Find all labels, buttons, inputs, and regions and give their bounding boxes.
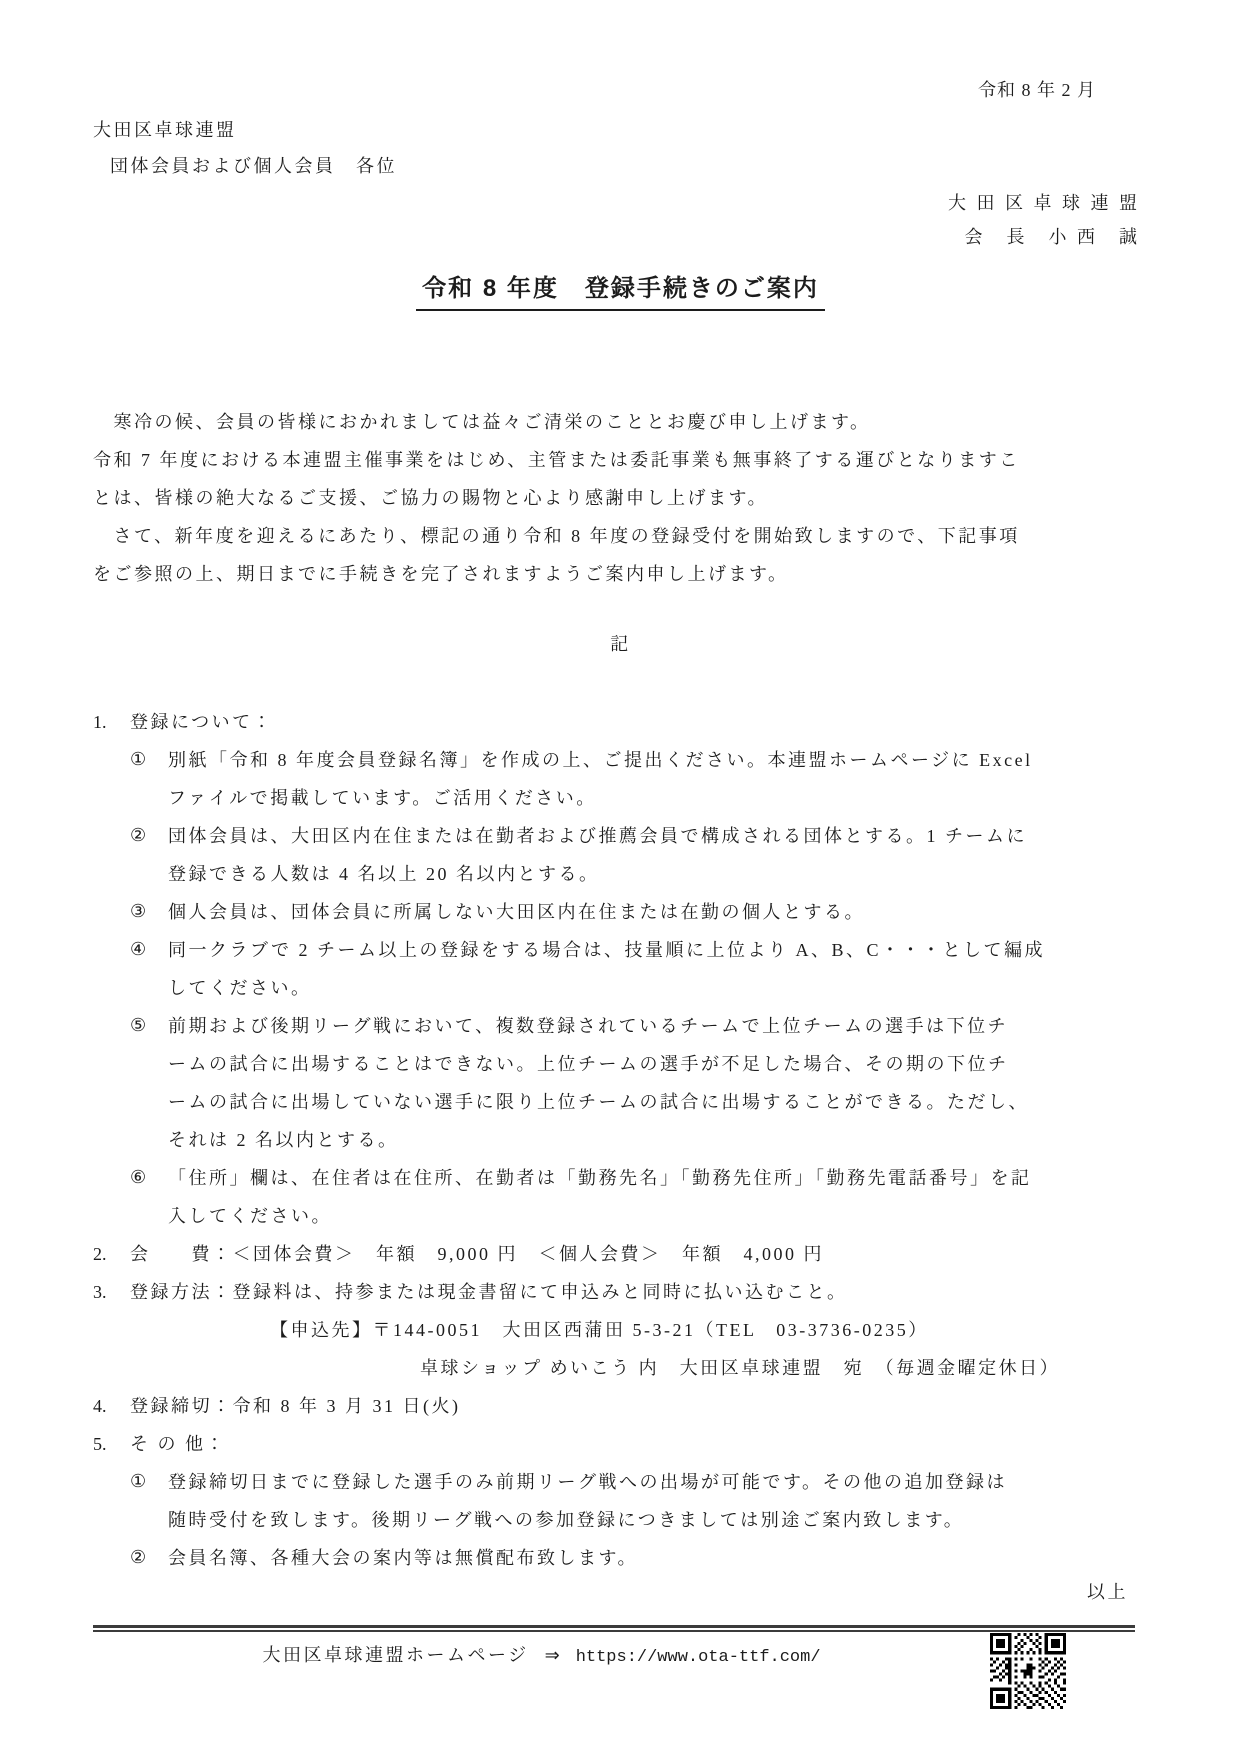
sub-item-line: ⑥「住所」欄は、在住者は在住所、在勤者は「勤務先名」「勤務先住所」「勤務先電話番…	[93, 1159, 1148, 1197]
footer-line: 大田区卓球連盟ホームページ⇒https://www.ota-ttf.com/	[93, 1642, 990, 1671]
item-heading-text: 会 費：＜団体会費＞ 年額 9,000 円 ＜個人会費＞ 年額 4,000 円	[130, 1244, 824, 1264]
sub-item-text: 別紙「令和 8 年度会員登録名簿」を作成の上、ご提出ください。本連盟ホームページ…	[168, 750, 1033, 770]
sub-item-text: 会員名簿、各種大会の案内等は無償配布致します。	[168, 1548, 638, 1568]
sub-item: ①別紙「令和 8 年度会員登録名簿」を作成の上、ご提出ください。本連盟ホームペー…	[93, 741, 1148, 817]
sub-item: ④同一クラブで 2 チーム以上の登録をする場合は、技量順に上位より A、B、C・…	[93, 931, 1148, 1007]
sub-item-line: 随時受付を致します。後期リーグ戦への参加登録につきましては別途ご案内致します。	[93, 1501, 1148, 1539]
sub-item-line: ファイルで掲載しています。ご活用ください。	[93, 779, 1148, 817]
item-heading-text: 登録について：	[130, 712, 273, 732]
item-number: 2.	[93, 1235, 107, 1273]
document-page: 令和 8 年 2 月 大田区卓球連盟 団体会員および個人会員 各位 大 田 区 …	[0, 0, 1241, 1755]
greeting-line: 寒冷の候、会員の皆様におかれましては益々ご清栄のこととお慶び申し上げます。	[93, 403, 1148, 441]
sender-org-line: 大 田 区 卓 球 連 盟	[93, 190, 1148, 216]
title-row: 令和 8 年度 登録手続きのご案内	[93, 272, 1148, 311]
double-arrow-icon: ⇒	[545, 1643, 560, 1669]
circled-number: ①	[130, 1463, 146, 1501]
sub-item-line: してください。	[93, 969, 1148, 1007]
closing-word: 以上	[93, 1577, 1148, 1607]
sub-item: ③個人会員は、団体会員に所属しない大田区内在住または在勤の個人とする。	[93, 893, 1148, 931]
sub-item-line: ②会員名簿、各種大会の案内等は無償配布致します。	[93, 1539, 1148, 1577]
record-marker: 記	[93, 629, 1148, 659]
list-item-heading: 4.登録締切：令和 8 年 3 月 31 日(火)	[93, 1387, 1148, 1425]
list-item-heading: 2.会 費：＜団体会費＞ 年額 9,000 円 ＜個人会費＞ 年額 4,000 …	[93, 1235, 1148, 1273]
qr-code	[990, 1633, 1066, 1709]
registration-items-list: 1.登録について： ①別紙「令和 8 年度会員登録名簿」を作成の上、ご提出くださ…	[93, 703, 1148, 1577]
list-item-heading: 3.登録方法：登録料は、持参または現金書留にて申込みと同時に払い込むこと。	[93, 1273, 1148, 1311]
sub-item-line: それは 2 名以内とする。	[93, 1121, 1148, 1159]
document-title: 令和 8 年度 登録手続きのご案内	[416, 272, 825, 311]
sub-item-line: ⑤前期および後期リーグ戦において、複数登録されているチームで上位チームの選手は下…	[93, 1007, 1148, 1045]
item-number: 1.	[93, 703, 107, 741]
sub-item: ⑥「住所」欄は、在住者は在住所、在勤者は「勤務先名」「勤務先住所」「勤務先電話番…	[93, 1159, 1148, 1235]
greeting-line: とは、皆様の絶大なるご支援、ご協力の賜物と心より感謝申し上げます。	[93, 479, 1148, 517]
footer-divider	[93, 1625, 1135, 1632]
sub-item-line: ④同一クラブで 2 チーム以上の登録をする場合は、技量順に上位より A、B、C・…	[93, 931, 1148, 969]
date-line: 令和 8 年 2 月	[93, 78, 1148, 102]
list-item-heading: 5.そ の 他：	[93, 1425, 1148, 1463]
addressee-line: 団体会員および個人会員 各位	[93, 154, 1148, 178]
homepage-label: 大田区卓球連盟ホームページ	[262, 1645, 528, 1665]
item-heading-text: 登録締切：令和 8 年 3 月 31 日(火)	[130, 1396, 461, 1416]
sub-item: ①登録締切日までに登録した選手のみ前期リーグ戦への出場が可能です。その他の追加登…	[93, 1463, 1148, 1539]
application-address-line: 卓球ショップ めいこう 内 大田区卓球連盟 宛 （毎週金曜定休日）	[93, 1349, 1148, 1387]
application-address-line: 【申込先】〒144-0051 大田区西蒲田 5-3-21（TEL 03-3736…	[93, 1311, 1148, 1349]
greeting-line: さて、新年度を迎えるにあたり、標記の通り令和 8 年度の登録受付を開始致しますの…	[93, 517, 1148, 555]
sub-item: ②団体会員は、大田区内在住または在勤者および推薦会員で構成される団体とする。1 …	[93, 817, 1148, 893]
sub-item-line: 入してください。	[93, 1197, 1148, 1235]
sub-item-text: 個人会員は、団体会員に所属しない大田区内在住または在勤の個人とする。	[168, 902, 865, 922]
circled-number: ①	[130, 741, 146, 779]
sub-item-line: ①登録締切日までに登録した選手のみ前期リーグ戦への出場が可能です。その他の追加登…	[93, 1463, 1148, 1501]
circled-number: ②	[130, 1539, 146, 1577]
sub-item: ⑤前期および後期リーグ戦において、複数登録されているチームで上位チームの選手は下…	[93, 1007, 1148, 1159]
homepage-url: https://www.ota-ttf.com/	[576, 1648, 821, 1667]
sub-item-text: 登録締切日までに登録した選手のみ前期リーグ戦への出場が可能です。その他の追加登録…	[168, 1472, 1007, 1492]
item-number: 5.	[93, 1425, 107, 1463]
sub-item-line: ②団体会員は、大田区内在住または在勤者および推薦会員で構成される団体とする。1 …	[93, 817, 1148, 855]
recipient-org: 大田区卓球連盟	[93, 118, 1148, 142]
item-number: 4.	[93, 1387, 107, 1425]
sub-item-line: ③個人会員は、団体会員に所属しない大田区内在住または在勤の個人とする。	[93, 893, 1148, 931]
sub-item: ②会員名簿、各種大会の案内等は無償配布致します。	[93, 1539, 1148, 1577]
greeting-line: 令和 7 年度における本連盟主催事業をはじめ、主管または委託事業も無事終了する運…	[93, 441, 1148, 479]
sub-item-line: ームの試合に出場することはできない。上位チームの選手が不足した場合、その期の下位…	[93, 1045, 1148, 1083]
list-item-heading: 1.登録について：	[93, 703, 1148, 741]
circled-number: ⑤	[130, 1007, 146, 1045]
sub-item-line: 登録できる人数は 4 名以上 20 名以内とする。	[93, 855, 1148, 893]
sub-item-text: 「住所」欄は、在住者は在住所、在勤者は「勤務先名」「勤務先住所」「勤務先電話番号…	[168, 1168, 1032, 1188]
circled-number: ②	[130, 817, 146, 855]
item-heading-text: 登録方法：登録料は、持参または現金書留にて申込みと同時に払い込むこと。	[130, 1282, 848, 1302]
greeting-line: をご参照の上、期日までに手続きを完了されますようご案内申し上げます。	[93, 555, 1148, 593]
sub-item-text: 前期および後期リーグ戦において、複数登録されているチームで上位チームの選手は下位…	[168, 1016, 1008, 1036]
circled-number: ③	[130, 893, 146, 931]
sub-item-text: 団体会員は、大田区内在住または在勤者および推薦会員で構成される団体とする。1 チ…	[168, 826, 1027, 846]
item-number: 3.	[93, 1273, 107, 1311]
sub-item-line: ①別紙「令和 8 年度会員登録名簿」を作成の上、ご提出ください。本連盟ホームペー…	[93, 741, 1148, 779]
sub-item-line: ームの試合に出場していない選手に限り上位チームの試合に出場することができる。ただ…	[93, 1083, 1148, 1121]
sub-item-text: 同一クラブで 2 チーム以上の登録をする場合は、技量順に上位より A、B、C・・…	[168, 940, 1045, 960]
sender-president-line: 会 長 小 西 誠	[93, 224, 1148, 250]
item-heading-text: そ の 他：	[130, 1434, 226, 1454]
circled-number: ④	[130, 931, 146, 969]
circled-number: ⑥	[130, 1159, 146, 1197]
greeting-paragraph: 寒冷の候、会員の皆様におかれましては益々ご清栄のこととお慶び申し上げます。 令和…	[93, 403, 1148, 593]
